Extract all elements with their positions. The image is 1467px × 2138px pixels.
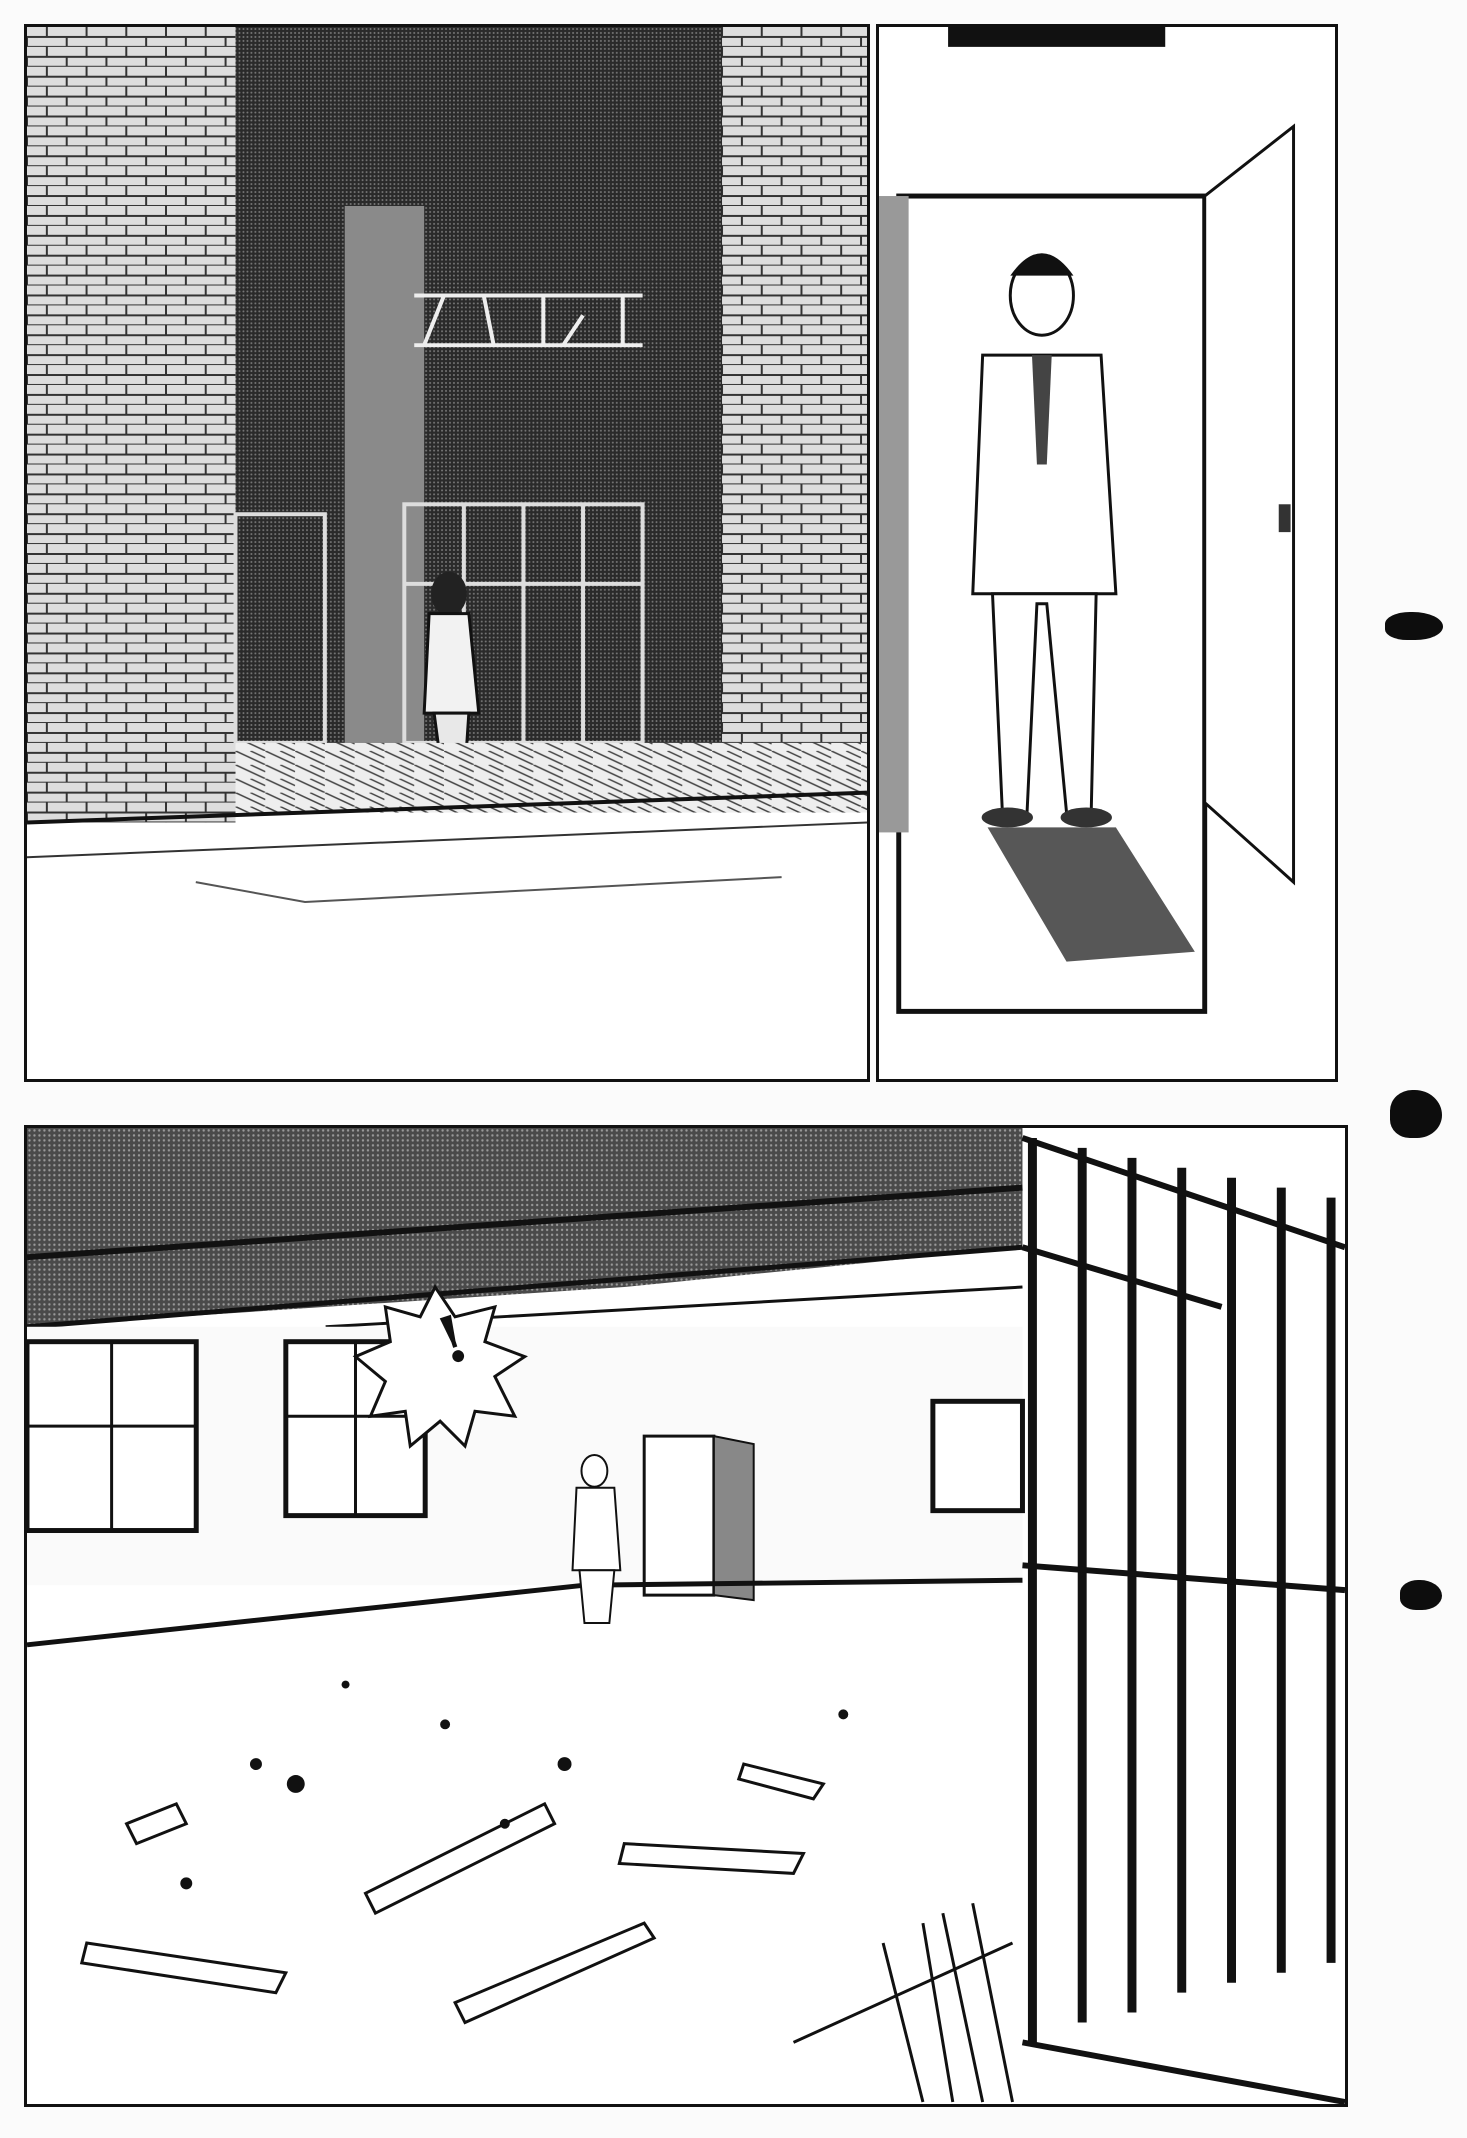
office-interior-art: [27, 1128, 1345, 2104]
panel-building-exterior: [24, 24, 870, 1082]
ink-blot-3: [1400, 1580, 1442, 1610]
panel-office-interior: !: [24, 1125, 1348, 2107]
ink-blot-2: [1390, 1090, 1442, 1138]
man-in-doorway-art: [879, 27, 1335, 1079]
ink-blot-1: [1385, 612, 1443, 640]
panel-man-in-doorway: [876, 24, 1338, 1082]
building-exterior-art: [27, 27, 867, 1079]
